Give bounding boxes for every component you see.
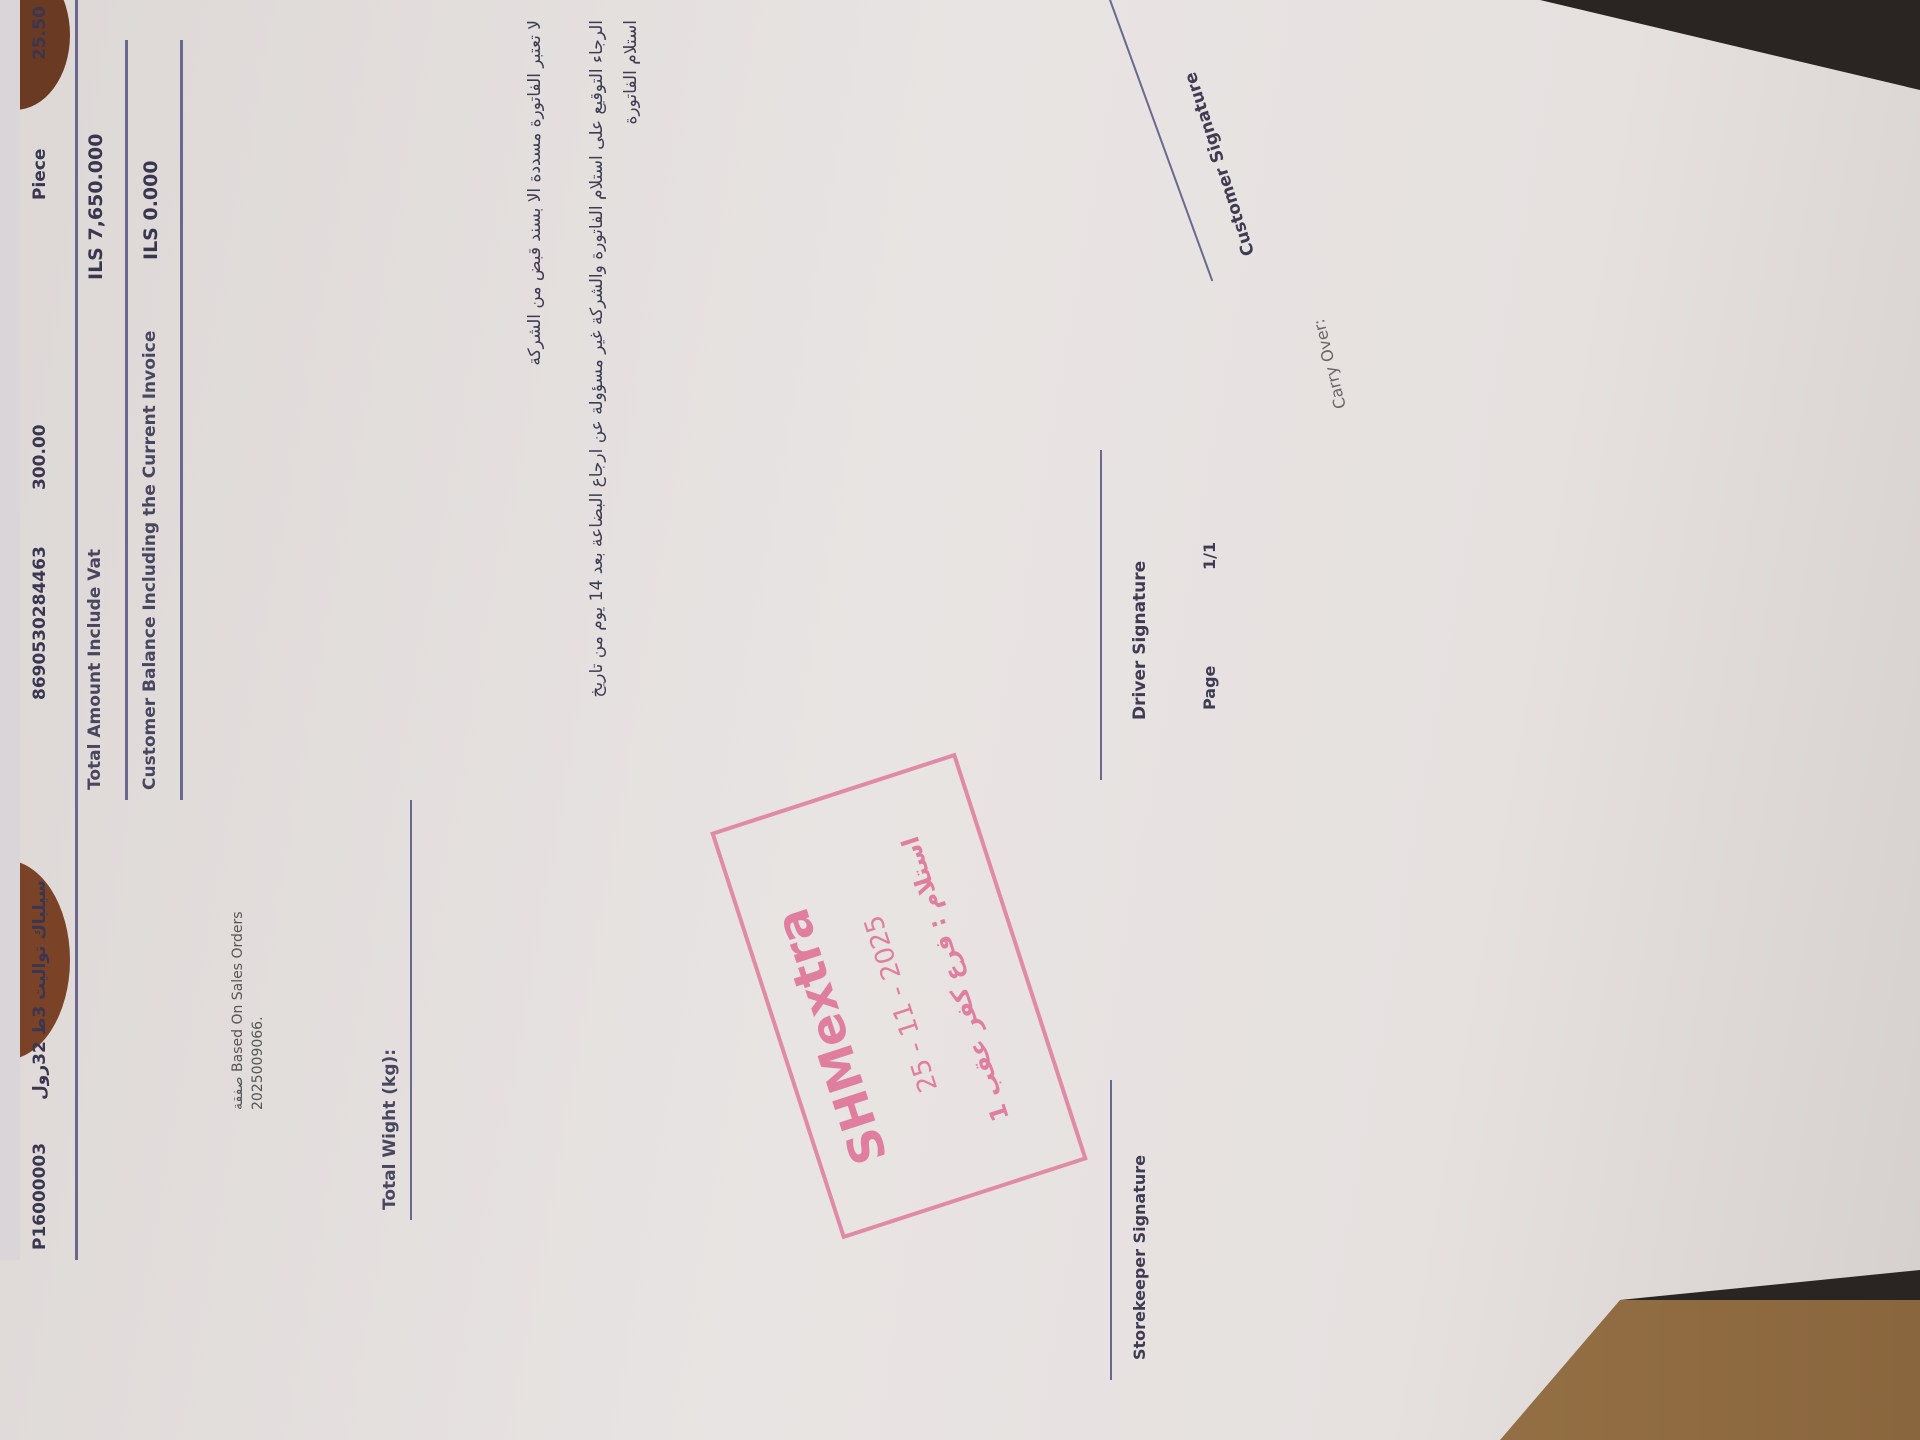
cell-quantity: 300.00 [30,424,50,490]
total-weight-label: Total Wight (kg): [380,1049,400,1210]
storekeeper-signature: Storekeeper Signature [1130,1155,1149,1360]
driver-signature: Driver Signature [1130,561,1150,720]
driver-signature-line [1100,450,1102,780]
storekeeper-signature-line [1110,1080,1112,1380]
page-label: Page [1200,666,1219,710]
table-bottom-rule [75,0,78,1260]
total-rule [125,40,128,800]
cell-bar-code: 8690530284463 [30,546,50,700]
carry-over-label: Carry Over: [1309,317,1350,411]
balance-value: ILS 0.000 [140,160,162,260]
total-weight-rule [410,800,412,1220]
total-label: Total Amount Include Vat [85,549,105,790]
total-value: ILS 7,650.000 [85,134,107,280]
receipt-stamp: SHMextra 25 - 11 - 2025 استلام : فرع كفر… [710,753,1088,1240]
customer-signature-line [1109,0,1213,281]
invoice-page: ALWOROD For Import & Distribution CG Dis… [0,0,1440,1440]
table-row: P16000003 سيلباك تواليت 3ط 32رول 8690530… [30,0,70,1260]
table-header: Item Code Description Bar Code Quantity … [0,0,20,1260]
cell-description: سيلباك تواليت 3ط 32رول [30,880,50,1100]
cell-item-code: P16000003 [30,1143,50,1250]
term-2: الرجاء التوقيع على استلام الفاتورة والشر… [580,20,648,740]
page-value: 1/1 [1200,542,1219,570]
sales-order-number: 2025009066. [250,1016,266,1110]
balance-rule [180,40,183,800]
cell-uom: Piece [30,149,50,200]
cell-price: 25.50 [30,6,50,60]
balance-label: Customer Balance Including the Current I… [140,331,160,790]
based-on-sales-orders: صفقة Based On Sales Orders [230,911,246,1110]
term-1: لا تعتبر الفاتورة مسددة الا بسند قبض من … [525,20,545,540]
